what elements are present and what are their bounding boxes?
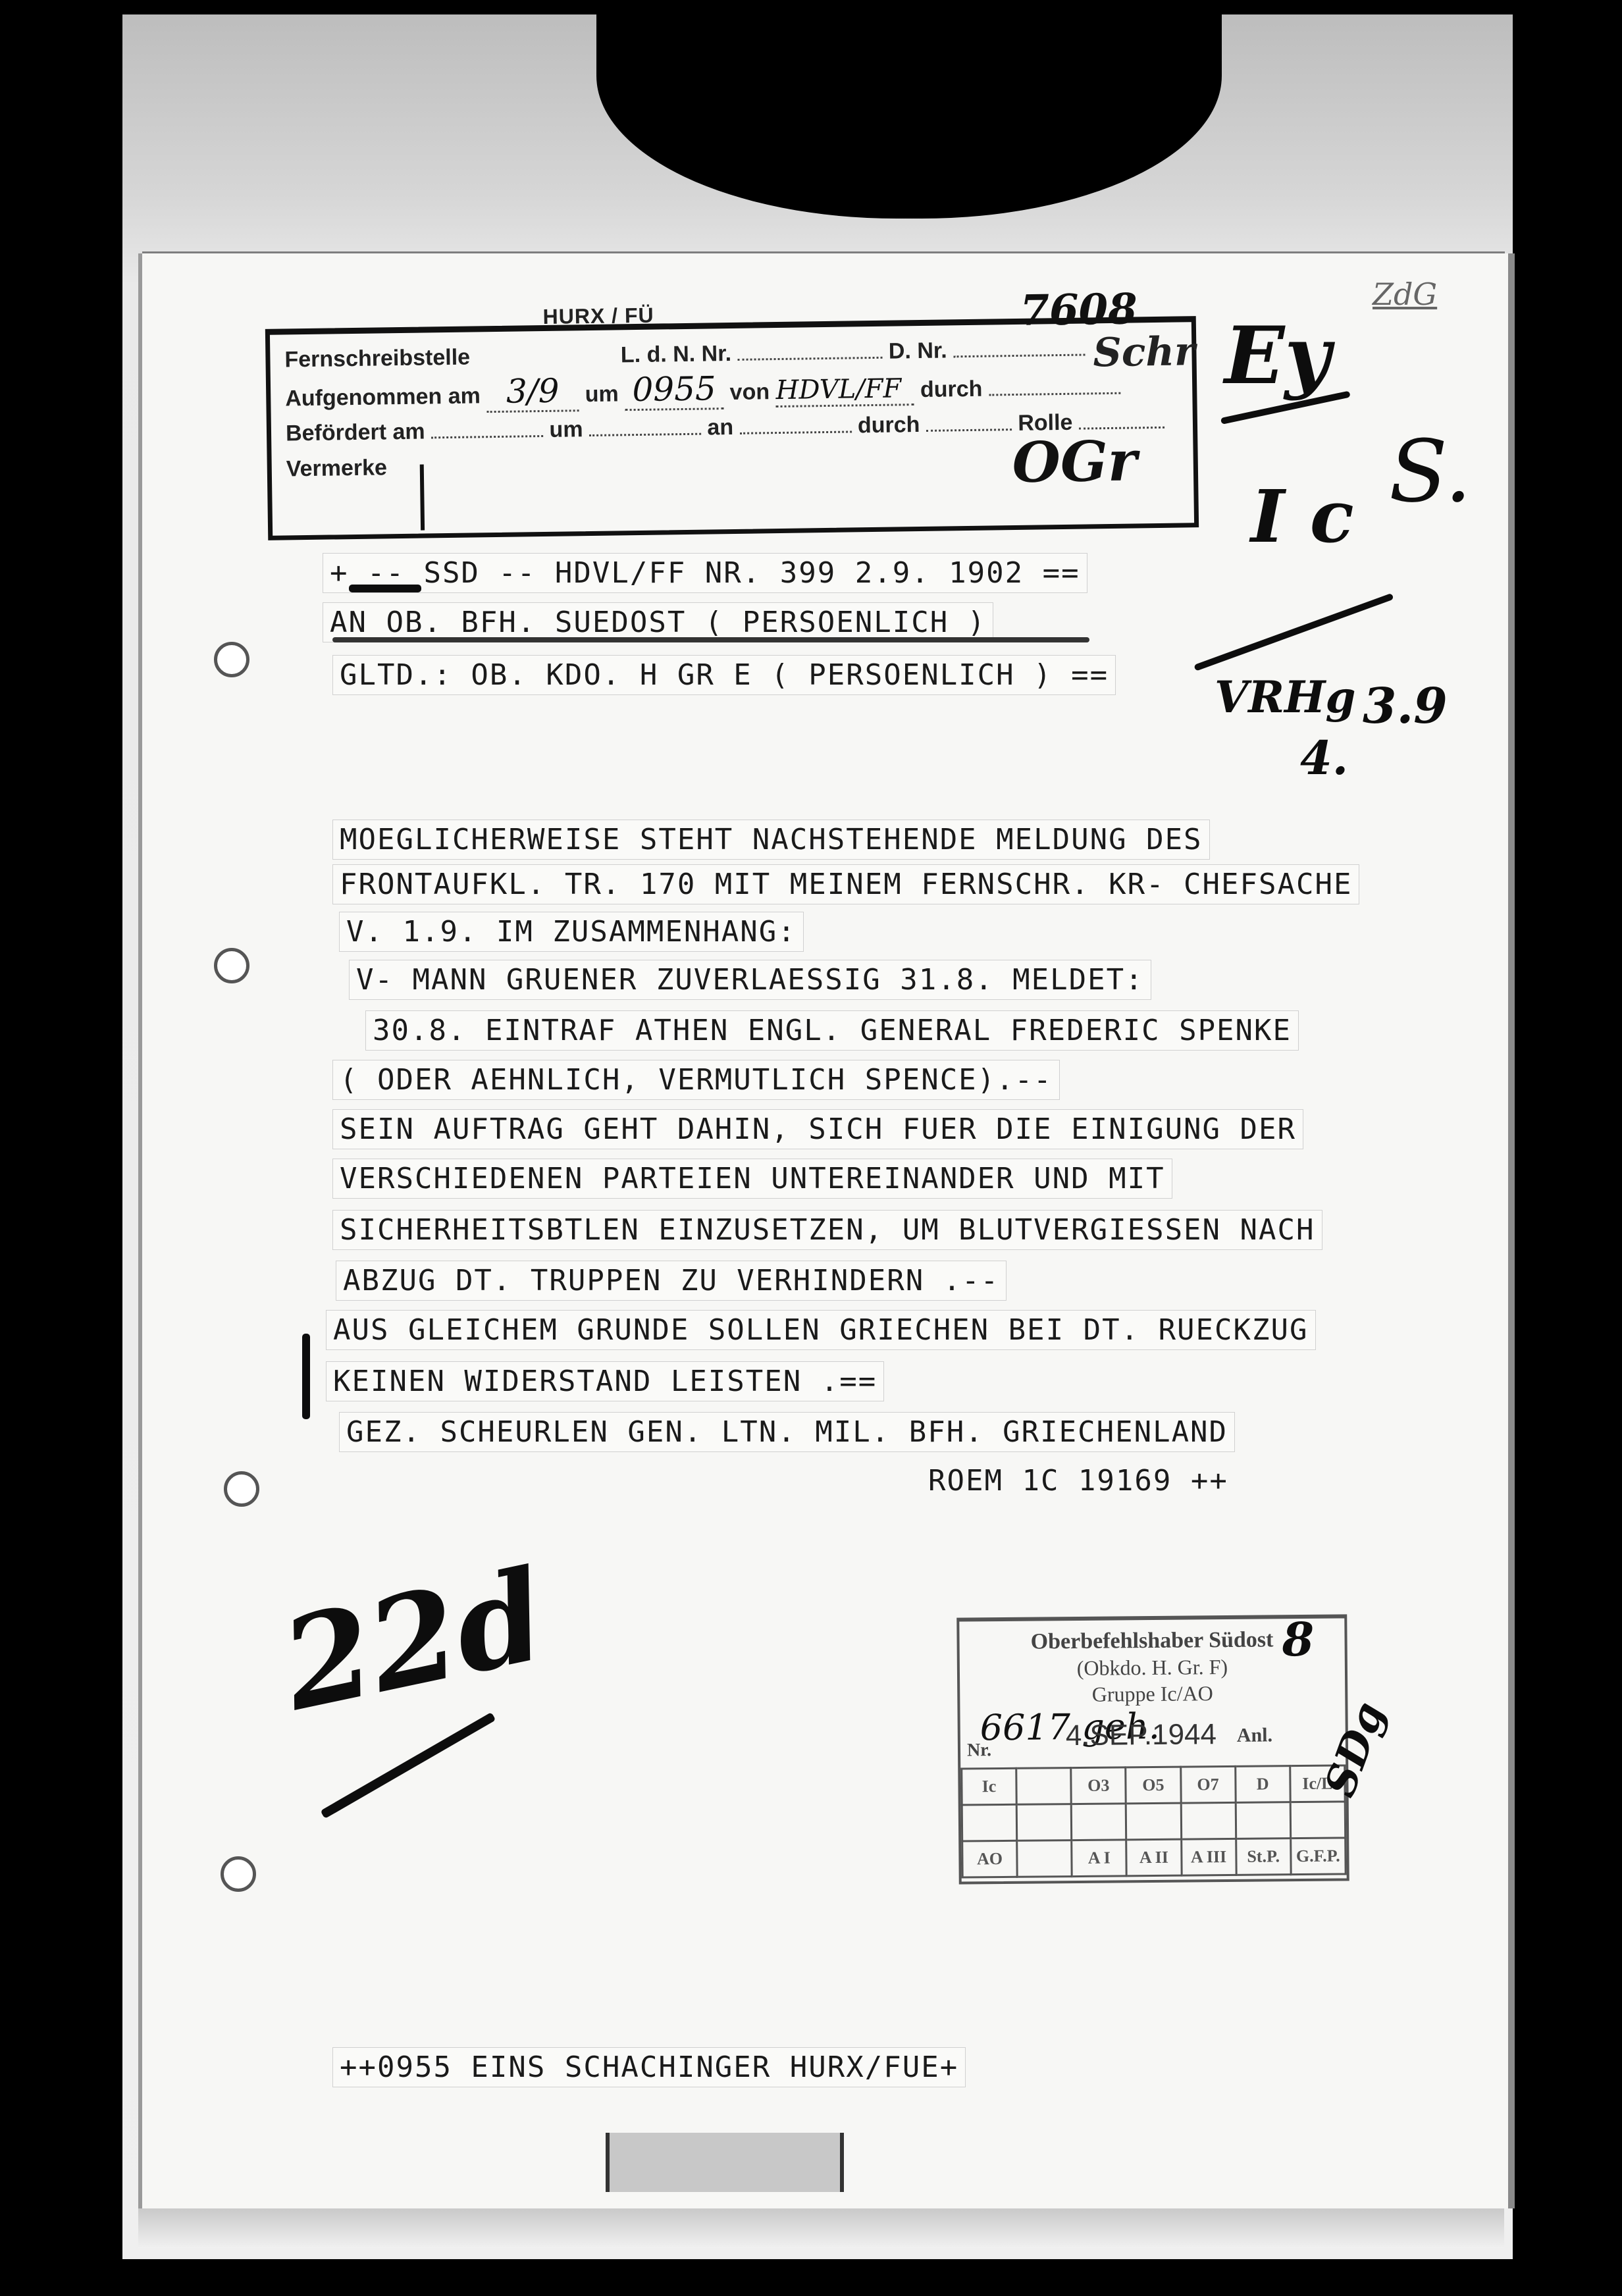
message-line: V. 1.9. IM ZUSAMMENHANG: [339, 912, 804, 952]
underline-mark [332, 637, 1089, 642]
grid-cell [1072, 1804, 1127, 1840]
durch-field-2 [926, 410, 1012, 432]
vermerke-divider [420, 465, 425, 531]
punch-hole [224, 1471, 259, 1507]
punch-hole [214, 948, 249, 983]
message-line: V- MANN GRUENER ZUVERLAESSIG 31.8. MELDE… [349, 960, 1151, 1000]
grid-cell: AO [962, 1840, 1018, 1877]
punch-hole [221, 1856, 256, 1892]
handwritten-initial: S. [1389, 421, 1472, 521]
copy-to-line: GLTD.: OB. KDO. H GR E ( PERSOENLICH ) =… [332, 655, 1116, 695]
punch-hole [214, 642, 249, 677]
message-line: VERSCHIEDENEN PARTEIEN UNTEREINANDER UND… [332, 1159, 1172, 1199]
distribution-grid: Ic O3 O5 O7 D Ic/L AO A I A II A III St.… [960, 1764, 1346, 1878]
grid-cell [1236, 1802, 1291, 1839]
stamp-date: 4.SEP.1944 [1066, 1718, 1217, 1752]
um-label: um [585, 381, 619, 407]
message-line: MOEGLICHERWEISE STEHT NACHSTEHENDE MELDU… [332, 820, 1210, 860]
message-line: 30.8. EINTRAF ATHEN ENGL. GENERAL FREDER… [365, 1010, 1299, 1051]
margin-bar-mark [302, 1334, 310, 1419]
grid-cell: Ic [962, 1768, 1017, 1805]
stamp-handwritten-mark: 8 [1282, 1612, 1314, 1667]
teletype-receipt-form: HURX / FÜ 7608 Schr Fernschreibstelle L.… [265, 316, 1199, 540]
handwritten-ic: I c [1251, 474, 1354, 559]
grid-cell: O3 [1071, 1767, 1126, 1804]
dnr-field [953, 336, 1085, 358]
um-label-2: um [549, 417, 583, 442]
fernschreibstelle-label: Fernschreibstelle [284, 345, 470, 373]
message-line: FRONTAUFKL. TR. 170 MIT MEINEM FERNSCHR.… [332, 864, 1359, 904]
underline-mark [349, 585, 421, 592]
ldn-label: L. d. N. Nr. [621, 341, 732, 367]
message-line: SEIN AUFTRAG GEHT DAHIN, SICH FUER DIE E… [332, 1109, 1303, 1149]
ldn-field [737, 338, 882, 361]
grid-cell [1126, 1803, 1182, 1840]
grid-cell [1016, 1768, 1072, 1805]
message-line: SICHERHEITSBTLEN EINZUSETZEN, UM BLUTVER… [332, 1210, 1322, 1250]
addressee-line: AN OB. BFH. SUEDOST ( PERSOENLICH ) [323, 602, 993, 642]
folder-cutout [596, 14, 1222, 219]
grid-cell: A I [1072, 1840, 1127, 1877]
durch-field [989, 374, 1120, 396]
form-row-aufgenommen: Aufgenommen am 3/9 um 0955 von HDVL/FF d… [285, 364, 1120, 416]
durch-label: durch [920, 377, 983, 402]
grid-cell: O7 [1180, 1766, 1236, 1803]
grid-cell [1290, 1802, 1346, 1839]
vermerke-note: OGr [1012, 428, 1138, 495]
von-label: von [729, 379, 770, 405]
sheet-bottom-edge [138, 2208, 1504, 2248]
handwritten-date: 3.9 [1363, 678, 1448, 735]
grid-row: AO A I A II A III St.P. G.F.P. [962, 1838, 1346, 1877]
grid-cell: A II [1126, 1839, 1182, 1876]
stamp-group: Gruppe Ic/AO [960, 1679, 1345, 1708]
grid-cell [1016, 1804, 1072, 1841]
handwritten-zdg: ZdG [1373, 276, 1437, 312]
registry-stamp: Oberbefehlshaber Südost (Obkdo. H. Gr. F… [956, 1614, 1349, 1884]
message-line: ( ODER AEHNLICH, VERMUTLICH SPENCE).-- [332, 1060, 1060, 1100]
form-row-vermerke: Vermerke [286, 455, 388, 482]
befoerdert-time-field [589, 415, 701, 436]
stamp-anl-label: Anl. [1237, 1724, 1272, 1746]
rolle-field [1079, 408, 1164, 430]
handwritten-ey: Ey [1224, 309, 1330, 402]
grid-row [962, 1802, 1345, 1841]
routing-line: + -- SSD -- HDVL/FF NR. 399 2.9. 1902 == [323, 553, 1087, 593]
vermerke-label: Vermerke [286, 455, 388, 481]
station-stamp: HURX / FÜ [542, 303, 654, 329]
durch-label-2: durch [858, 412, 920, 438]
an-label: an [707, 415, 733, 440]
grid-cell [1017, 1840, 1072, 1877]
dnr-label: D. Nr. [889, 338, 947, 363]
grid-cell: St.P. [1236, 1839, 1291, 1875]
transmission-footer: ++0955 EINS SCHACHINGER HURX/FUE+ [332, 2047, 966, 2087]
handwritten-sub-mark: 4. [1300, 731, 1348, 785]
message-line: AUS GLEICHEM GRUNDE SOLLEN GRIECHEN BEI … [326, 1310, 1316, 1350]
grid-cell: O5 [1126, 1767, 1181, 1804]
grid-cell: D [1235, 1766, 1290, 1803]
grid-cell [1181, 1802, 1236, 1839]
grid-cell: G.F.P. [1291, 1838, 1346, 1875]
ldn-number: 7608 [1020, 284, 1138, 335]
aufgenommen-date: 3/9 [486, 371, 579, 413]
grid-row: Ic O3 O5 O7 D Ic/L [962, 1765, 1345, 1805]
reference-line: ROEM 1C 19169 ++ [922, 1461, 1235, 1500]
signature-line: GEZ. SCHEURLEN GEN. LTN. MIL. BFH. GRIEC… [339, 1412, 1235, 1452]
message-line: KEINEN WIDERSTAND LEISTEN .== [326, 1361, 884, 1401]
grid-cell: A III [1181, 1839, 1236, 1875]
befoerdert-date-field [431, 417, 543, 438]
message-line: ABZUG DT. TRUPPEN ZU VERHINDERN .-- [336, 1261, 1007, 1301]
handwritten-vrhg: VRHg [1215, 671, 1356, 723]
befoerdert-label: Befördert am [286, 419, 425, 446]
von-value: HDVL/FF [775, 373, 914, 407]
aufgenommen-label: Aufgenommen am [285, 383, 481, 411]
grid-cell [962, 1804, 1017, 1841]
aufgenommen-time: 0955 [625, 369, 724, 411]
an-field [739, 412, 851, 434]
clip-tab [606, 2133, 844, 2192]
